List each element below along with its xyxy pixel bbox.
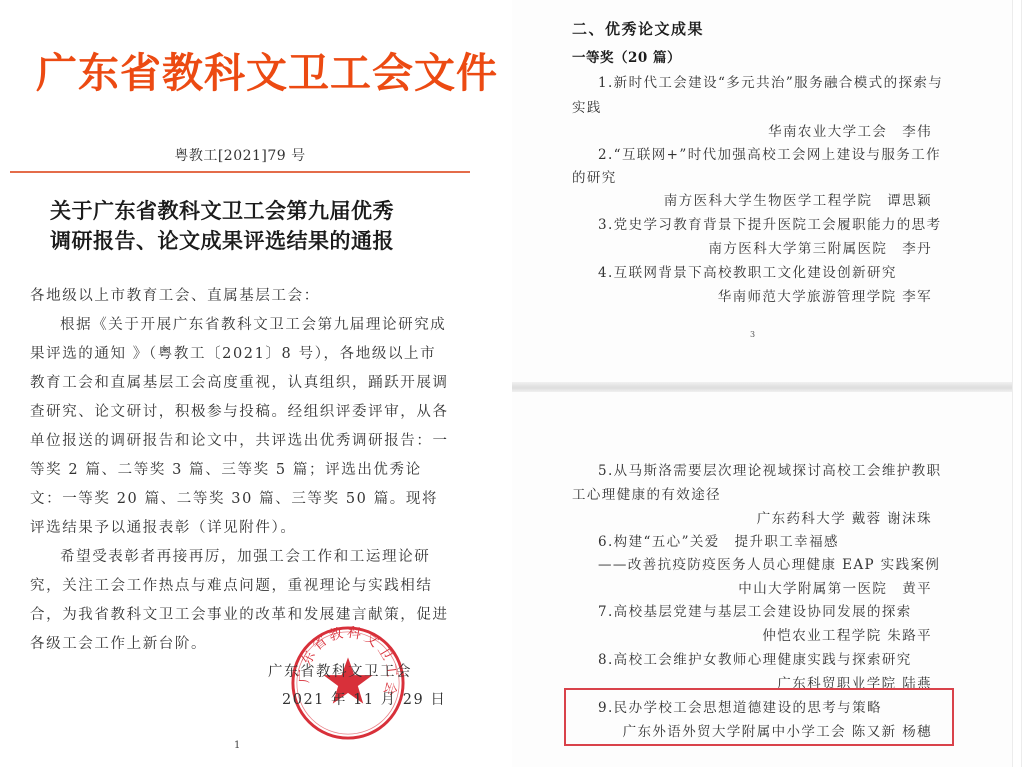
item-1-title: 1.新时代工会建设“多元共治”服务融合模式的探索与 xyxy=(598,71,943,91)
document-page-3: 二、优秀论文成果 一等奖（20 篇） 1.新时代工会建设“多元共治”服务融合模式… xyxy=(512,0,1012,382)
item-7-author: 仲恺农业工程学院 朱路平 xyxy=(762,624,932,644)
notice-title: 关于广东省教科文卫工会第九届优秀 调研报告、论文成果评选结果的通报 xyxy=(50,196,430,256)
item-9-title: 9.民办学校工会思想道德建设的思考与策略 xyxy=(598,696,882,716)
item-4-author: 华南师范大学旅游管理学院 李军 xyxy=(718,285,932,305)
item-6-author: 中山大学附属第一医院 黄平 xyxy=(738,577,932,597)
item-5-title-cont: 工心理健康的有效途径 xyxy=(572,483,721,503)
item-1-author: 华南农业大学工会 李伟 xyxy=(768,120,932,140)
item-3-title: 3.党史学习教育背景下提升医院工会履职能力的思考 xyxy=(598,213,941,233)
item-2-title: 2.“互联网+”时代加强高校工会网上建设与服务工作 xyxy=(598,143,941,163)
salutation: 各地级以上市教育工会、直属基层工会： xyxy=(30,282,450,311)
page-number: 1 xyxy=(234,740,240,751)
item-5-author: 广东药科大学 戴蓉 谢沫珠 xyxy=(757,507,932,527)
item-6-title: 6.构建“五心”关爱 提升职工幸福感 xyxy=(598,530,839,550)
item-1-title-cont: 实践 xyxy=(572,96,602,116)
notice-title-line-2: 调研报告、论文成果评选结果的通报 xyxy=(50,226,430,256)
item-6-subtitle: ——改善抗疫防疫医务人员心理健康 EAP 实践案例 xyxy=(598,553,940,573)
official-seal-icon: 广东省教科文卫工会 xyxy=(289,624,407,742)
item-2-author: 南方医科大学生物医学工程学院 谭思颖 xyxy=(664,189,932,209)
document-header-title: 广东省教科文卫工会文件 xyxy=(36,40,456,99)
signature-organization: 广东省教科文卫工会 xyxy=(268,660,412,681)
item-3-author: 南方医科大学第三附属医院 李丹 xyxy=(709,237,933,257)
section-heading: 二、优秀论文成果 xyxy=(572,18,704,39)
item-5-title: 5.从马斯洛需要层次理论视域探讨高校工会维护教职 xyxy=(598,459,941,479)
item-8-title: 8.高校工会维护女教师心理健康实践与探索研究 xyxy=(598,648,912,668)
page-separator xyxy=(512,382,1012,392)
red-separator-rule xyxy=(10,171,470,173)
notice-body: 各地级以上市教育工会、直属基层工会： 根据《关于开展广东省教科文卫工会第九届理论… xyxy=(30,282,450,659)
item-2-title-cont: 的研究 xyxy=(572,166,617,186)
item-4-title: 4.互联网背景下高校教职工文化建设创新研究 xyxy=(598,261,897,281)
award-heading: 一等奖（20 篇） xyxy=(572,46,681,66)
page-number: 3 xyxy=(750,330,755,339)
item-7-title: 7.高校基层党建与基层工会建设协同发展的探索 xyxy=(598,600,912,620)
document-number: 粤教工[2021]79 号 xyxy=(0,145,480,165)
notice-title-line-1: 关于广东省教科文卫工会第九届优秀 xyxy=(50,196,430,226)
signature-date: 2021 年 11 月 29 日 xyxy=(282,688,446,709)
scrollbar-track[interactable] xyxy=(1021,0,1022,767)
document-page-1: 广东省教科文卫工会文件 粤教工[2021]79 号 关于广东省教科文卫工会第九届… xyxy=(0,0,480,767)
item-9-author: 广东外语外贸大学附属中小学工会 陈又新 杨穗 xyxy=(623,720,932,740)
body-paragraph-1: 根据《关于开展广东省教科文卫工会第九届理论研究成果评选的通知 》（粤教工〔202… xyxy=(30,311,450,543)
document-page-4: 5.从马斯洛需要层次理论视域探讨高校工会维护教职 工心理健康的有效途径 广东药科… xyxy=(512,392,1012,767)
page-edge-line xyxy=(1012,0,1013,767)
